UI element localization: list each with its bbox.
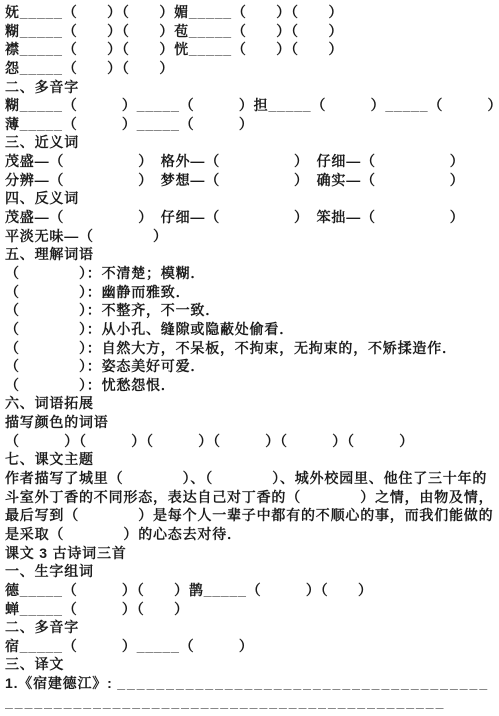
heading-duoyinzi-2: 二、多音字 [5, 618, 497, 637]
heading-lijie-ciyu: 五、理解词语 [5, 245, 497, 264]
heading-jinyici: 三、近义词 [5, 133, 497, 152]
translation-blank-line-2: ________________________________________… [5, 693, 497, 712]
ciyu-definition-row: （ ）：忧愁怨恨． [5, 376, 497, 395]
translation-title: 1.《宿建德江》: [5, 675, 117, 691]
shengzi-zuci-row: 德_____（ ）（ ）鹊_____（ ）（ ） [5, 581, 497, 600]
ciyu-definition-row: （ ）：从小孔、缝隙或隐蔽处偷看． [5, 320, 497, 339]
duoyinzi-row: 薄_____（ ）_____（ ） [5, 115, 497, 134]
shengzi-zuci-row: 蝉_____（ ）（ ） [5, 600, 497, 619]
duoyinzi-row: 糊_____（ ）_____（ ）担_____（ ）_____（ ） [5, 96, 497, 115]
shengzi-zuci-row: 怨_____（ ）（ ） [5, 59, 497, 78]
color-words-blanks: （ ）（ ）（ ）（ ）（ ）（ ） [5, 432, 497, 451]
kewen-zhuti-text: 作者描写了城里（ ）、（ ）、城外校园里、他住了三十年的 [5, 469, 497, 488]
ciyu-definition-row: （ ）：不清楚；模糊． [5, 264, 497, 283]
jinyici-row: 茂盛—（ ） 格外—（ ） 仔细—（ ） [5, 152, 497, 171]
heading-kewen-zhuti: 七、课文主题 [5, 450, 497, 469]
heading-duoyinzi: 二、多音字 [5, 78, 497, 97]
worksheet-page: 妩_____（ ）（ ）媚_____（ ）（ ） 糊_____（ ）（ ）苞__… [0, 0, 499, 711]
ciyu-definition-row: （ ）：不整齐，不一致． [5, 301, 497, 320]
translation-line: 1.《宿建德江》: ______________________________… [5, 674, 497, 693]
heading-ciyu-tuozhan: 六、词语拓展 [5, 394, 497, 413]
duoyinzi-row: 宿_____（ ）_____（ ） [5, 637, 497, 656]
shengzi-zuci-row: 糊_____（ ）（ ）苞_____（ ）（ ） [5, 22, 497, 41]
lesson-3-title: 课文 3 古诗词三首 [5, 544, 497, 563]
ciyu-definition-row: （ ）：自然大方，不呆板，不拘束，无拘束的，不矫揉造作． [5, 339, 497, 358]
shengzi-zuci-row: 妩_____（ ）（ ）媚_____（ ）（ ） [5, 3, 497, 22]
ciyu-definition-row: （ ）：幽静而雅致． [5, 283, 497, 302]
kewen-zhuti-text: 是采取（ ）的心态去对待． [5, 525, 497, 544]
ciyu-definition-row: （ ）：姿态美好可爱． [5, 357, 497, 376]
kewen-zhuti-text: 斗室外丁香的不同形态，表达自己对丁香的（ ）之情，由物及情， [5, 488, 497, 507]
fanyici-row: 平淡无味—（ ） [5, 227, 497, 246]
translation-blank-line: ______________________________________ [117, 675, 489, 691]
heading-fanyici: 四、反义词 [5, 189, 497, 208]
shengzi-zuci-row: 襟_____（ ）（ ）恍_____（ ）（ ） [5, 40, 497, 59]
heading-shengzi-zuci: 一、生字组词 [5, 562, 497, 581]
kewen-zhuti-text: 最后写到（ ）是每个人一辈子中都有的不顺心的事，而我们能做的 [5, 506, 497, 525]
color-words-label: 描写颜色的词语 [5, 413, 497, 432]
jinyici-row: 分辨—（ ） 梦想—（ ） 确实—（ ） [5, 171, 497, 190]
heading-yiwen: 三、译文 [5, 655, 497, 674]
fanyici-row: 茂盛—（ ） 仔细—（ ） 笨拙—（ ） [5, 208, 497, 227]
